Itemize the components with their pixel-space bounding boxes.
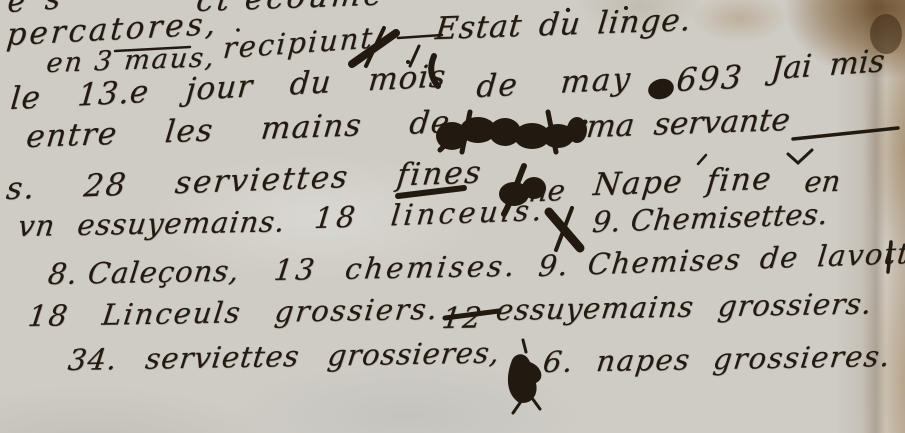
frag-year-693: 693 xyxy=(675,60,745,96)
frag-estat-du-linge: Estat du linge. xyxy=(434,5,693,45)
frag-serviettes-grossieres: 34. serviettes grossieres, xyxy=(66,338,501,375)
frag-linceuls-grossiers: 18 Linceuls grossiers. xyxy=(26,295,440,331)
frag-de-may: de may xyxy=(475,64,633,103)
ink-mark-after-linceuls xyxy=(549,212,580,248)
frag-chemises-de-lavotte: 9. Chemises de lavotte xyxy=(537,238,905,281)
ink-blot-napes-spike-1 xyxy=(513,400,522,413)
frag-nape-fine: Nape fine xyxy=(592,164,774,201)
frag-8-calecons: 8. Caleçons, xyxy=(46,257,241,289)
frag-12-struck: 12 xyxy=(440,303,484,333)
ink-dash-after-servante xyxy=(793,128,898,139)
ink-blot-before-1693 xyxy=(646,76,676,102)
ink-blot-name-scribble xyxy=(440,122,585,150)
ink-blot-name xyxy=(436,117,587,150)
frag-recipiunt: recipiunt xyxy=(222,23,375,63)
ink-blot-name-spike-1 xyxy=(462,112,470,152)
frag-entre-les-mains-de: entre les mains de xyxy=(25,107,453,153)
frag-en: en xyxy=(803,167,842,197)
frag-essuyemains-grossiers: essuyemains grossiers. xyxy=(494,289,874,325)
ink-mark-after-linceuls-2 xyxy=(556,208,572,250)
frag-13-chemises: 13 chemises. xyxy=(272,252,519,285)
ink-blot-napes xyxy=(508,354,541,403)
ink-blot-name-spike-2 xyxy=(548,112,556,152)
frag-jai-mis: Jai mis xyxy=(770,46,886,85)
ink-caret-before-en xyxy=(788,150,812,163)
frag-vn-essuyemains: vn essuyemains. xyxy=(16,207,287,241)
manuscript-photo: e s ct ecoume percatores, en 3 maus, rec… xyxy=(0,0,905,433)
frag-napes-grossieres: 6. napes grossieres. xyxy=(541,342,892,377)
frag-top-cut-right: ct ecoume xyxy=(195,0,387,17)
frag-ma-servante: ma servante xyxy=(585,105,792,143)
frag-18-linceuls: 18 linceuls. xyxy=(313,196,547,233)
ink-blot-napes-spike-3 xyxy=(523,340,526,352)
frag-9-chemisettes: 9. Chemisettes. xyxy=(591,200,830,237)
ink-blot-napes-spike-2 xyxy=(532,398,540,409)
